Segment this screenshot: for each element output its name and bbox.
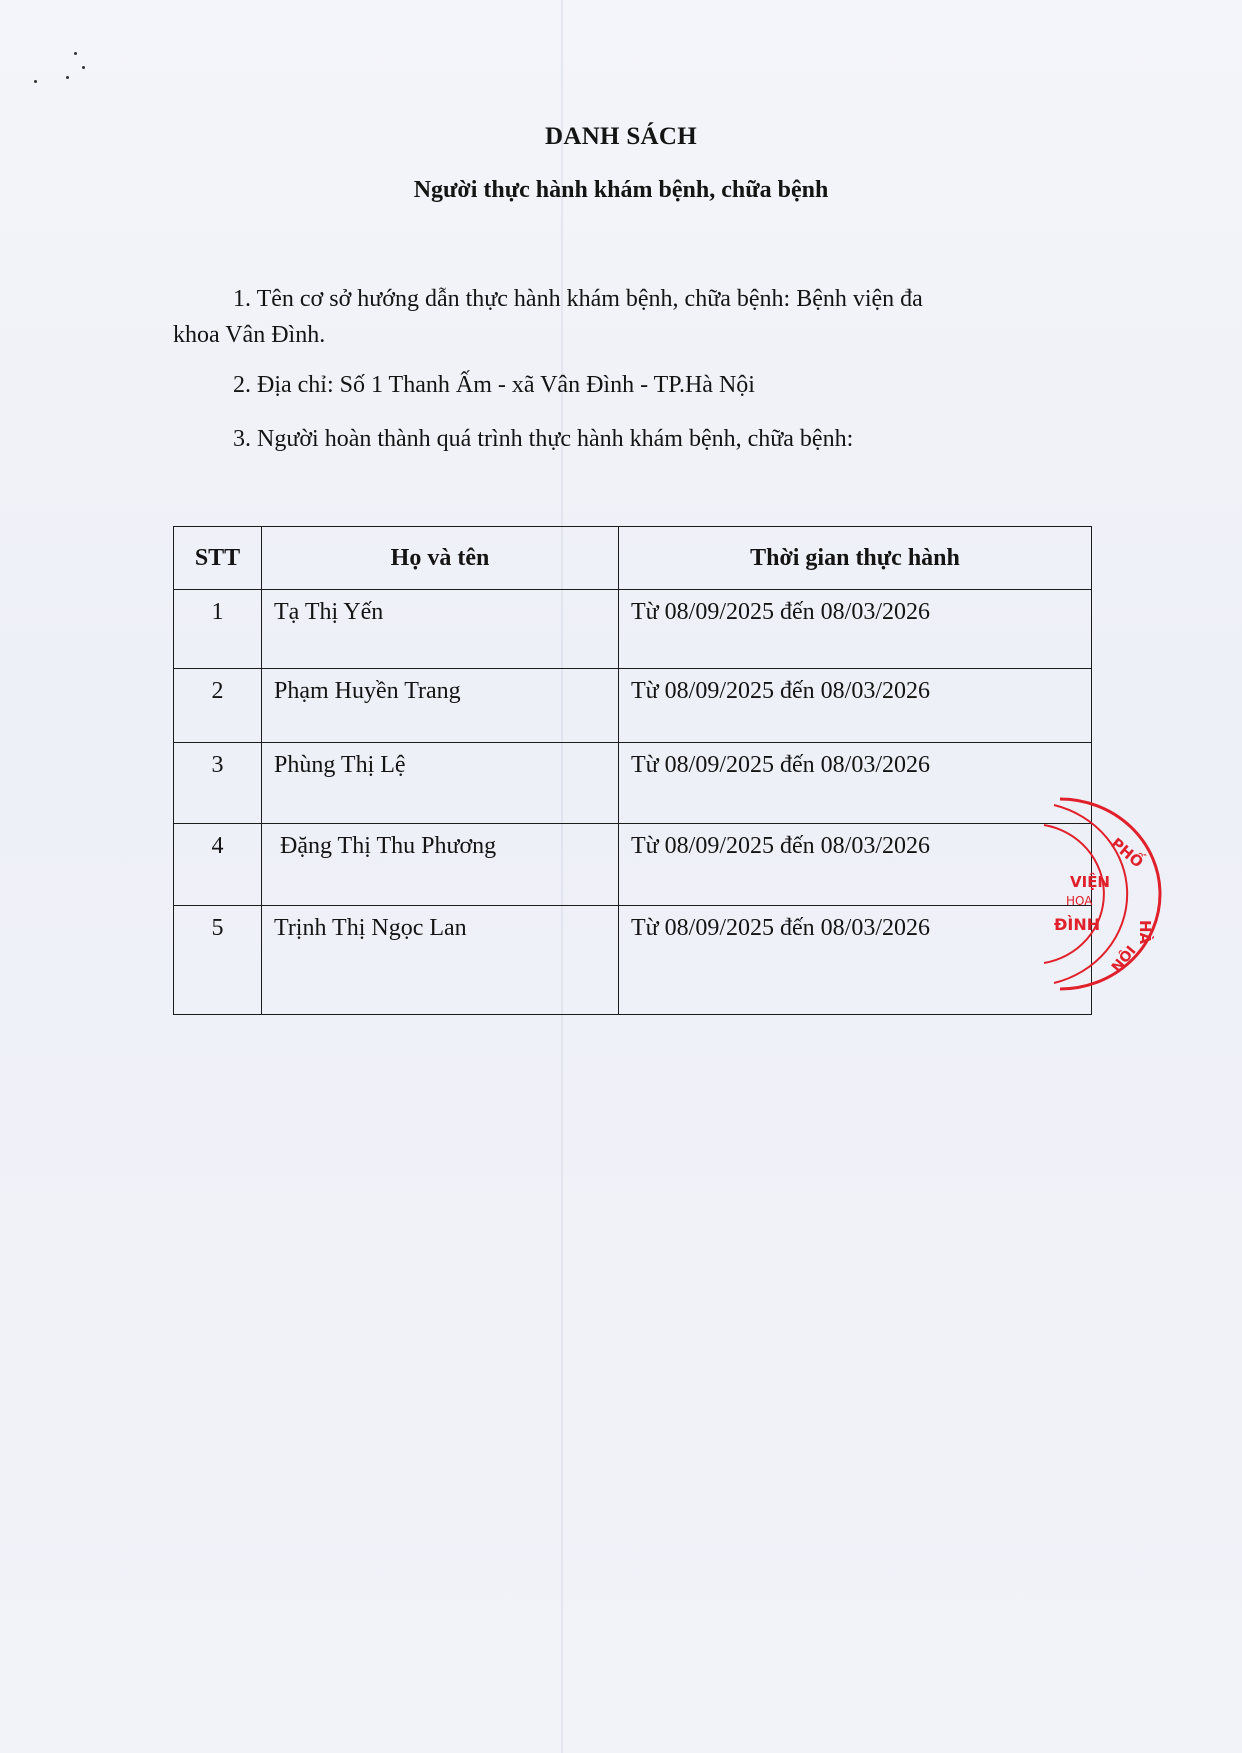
item-facility-line-1: 1. Tên cơ sở hướng dẫn thực hành khám bệ… — [173, 281, 1093, 317]
cell-period: Từ 08/09/2025 đến 08/03/2026 — [619, 906, 1092, 1015]
header-period: Thời gian thực hành — [619, 527, 1092, 590]
name-value: Đặng Thị Thu Phương — [262, 824, 618, 860]
stt-value: 3 — [174, 743, 261, 779]
table-row: 5 Trịnh Thị Ngọc Lan Từ 08/09/2025 đến 0… — [174, 906, 1092, 1015]
cell-name: Phùng Thị Lệ — [262, 743, 619, 824]
speck — [74, 52, 77, 55]
cell-stt: 1 — [174, 590, 262, 669]
table-row: 1 Tạ Thị Yến Từ 08/09/2025 đến 08/03/202… — [174, 590, 1092, 669]
period-value: Từ 08/09/2025 đến 08/03/2026 — [619, 669, 1091, 705]
item-address-text: 2. Địa chỉ: Số 1 Thanh Ấm - xã Vân Đình … — [173, 367, 1093, 403]
cell-stt: 4 — [174, 824, 262, 906]
item-facility-name: 1. Tên cơ sở hướng dẫn thực hành khám bệ… — [173, 281, 1093, 353]
name-value: Trịnh Thị Ngọc Lan — [262, 906, 618, 942]
cell-name: Phạm Huyền Trang — [262, 669, 619, 743]
table-row: 2 Phạm Huyền Trang Từ 08/09/2025 đến 08/… — [174, 669, 1092, 743]
cell-name: Đặng Thị Thu Phương — [262, 824, 619, 906]
document-title: DANH SÁCH — [0, 123, 1242, 151]
period-value: Từ 08/09/2025 đến 08/03/2026 — [619, 906, 1091, 942]
speck — [34, 80, 37, 83]
cell-stt: 5 — [174, 906, 262, 1015]
name-value: Tạ Thị Yến — [262, 590, 618, 626]
stamp-outer-text: HÀ — [1136, 920, 1155, 945]
name-value: Phạm Huyền Trang — [262, 669, 618, 705]
cell-stt: 3 — [174, 743, 262, 824]
scan-specks — [28, 40, 98, 90]
document-page: DANH SÁCH Người thực hành khám bệnh, chữ… — [0, 0, 1242, 1753]
item-completed-persons: 3. Người hoàn thành quá trình thực hành … — [173, 421, 1093, 457]
table-row: 4 Đặng Thị Thu Phương Từ 08/09/2025 đến … — [174, 824, 1092, 906]
item-facility-line-2: khoa Vân Đình. — [173, 317, 1093, 353]
item-address: 2. Địa chỉ: Số 1 Thanh Ấm - xã Vân Đình … — [173, 367, 1093, 403]
stt-value: 4 — [174, 824, 261, 860]
table-row: 3 Phùng Thị Lệ Từ 08/09/2025 đến 08/03/2… — [174, 743, 1092, 824]
speck — [66, 76, 69, 79]
cell-period: Từ 08/09/2025 đến 08/03/2026 — [619, 669, 1092, 743]
cell-name: Tạ Thị Yến — [262, 590, 619, 669]
name-value: Phùng Thị Lệ — [262, 743, 618, 779]
period-value: Từ 08/09/2025 đến 08/03/2026 — [619, 824, 1091, 860]
period-value: Từ 08/09/2025 đến 08/03/2026 — [619, 743, 1091, 779]
practitioner-table: STT Họ và tên Thời gian thực hành 1 Tạ T… — [173, 526, 1092, 1015]
stamp-outer-text: PHỐ — [1107, 832, 1148, 871]
period-value: Từ 08/09/2025 đến 08/03/2026 — [619, 590, 1091, 626]
stt-value: 2 — [174, 669, 261, 705]
stt-value: 5 — [174, 906, 261, 942]
speck — [82, 66, 85, 69]
table-header-row: STT Họ và tên Thời gian thực hành — [174, 527, 1092, 590]
cell-period: Từ 08/09/2025 đến 08/03/2026 — [619, 824, 1092, 906]
stamp-outer-text: NỘI — [1107, 942, 1139, 976]
cell-name: Trịnh Thị Ngọc Lan — [262, 906, 619, 1015]
header-name: Họ và tên — [262, 527, 619, 590]
cell-period: Từ 08/09/2025 đến 08/03/2026 — [619, 590, 1092, 669]
cell-period: Từ 08/09/2025 đến 08/03/2026 — [619, 743, 1092, 824]
stt-value: 1 — [174, 590, 261, 626]
document-subtitle: Người thực hành khám bệnh, chữa bệnh — [0, 177, 1242, 204]
header-stt: STT — [174, 527, 262, 590]
item-completed-text: 3. Người hoàn thành quá trình thực hành … — [173, 421, 1093, 457]
cell-stt: 2 — [174, 669, 262, 743]
